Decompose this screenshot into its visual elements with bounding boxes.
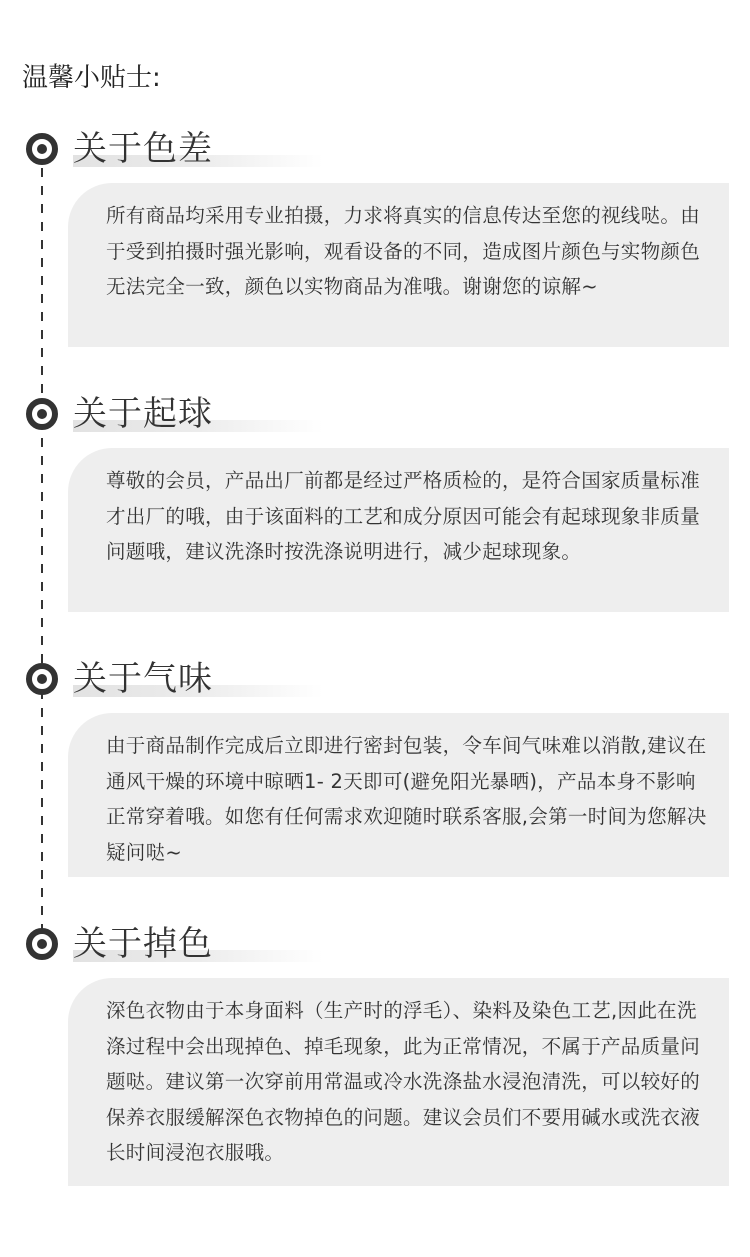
- tip-text: 深色衣物由于本身面料（生产时的浮毛）、染料及染色工艺,因此在洗涤过程中会出现掉色…: [106, 993, 709, 1171]
- section-heading-wrap: 关于色差: [73, 127, 213, 171]
- tip-text: 由于商品制作完成后立即进行密封包装，令车间气味难以消散,建议在通风干燥的环境中晾…: [106, 728, 709, 870]
- tip-box: 深色衣物由于本身面料（生产时的浮毛）、染料及染色工艺,因此在洗涤过程中会出现掉色…: [68, 978, 729, 1186]
- section-heading-wrap: 关于气味: [73, 657, 213, 701]
- section-heading-wrap: 关于起球: [73, 392, 213, 436]
- tip-box: 由于商品制作完成后立即进行密封包装，令车间气味难以消散,建议在通风干燥的环境中晾…: [68, 713, 729, 877]
- target-ring-icon: [26, 928, 58, 960]
- target-ring-icon: [26, 133, 58, 165]
- target-ring-icon: [26, 663, 58, 695]
- page-title: 温馨小贴士:: [22, 62, 161, 94]
- tip-text: 所有商品均采用专业拍摄，力求将真实的信息传达至您的视线哒。由于受到拍摄时强光影响…: [106, 198, 709, 305]
- section-heading: 关于气味: [73, 657, 213, 701]
- timeline-dashed-line: [41, 150, 43, 930]
- tip-box: 尊敬的会员，产品出厂前都是经过严格质检的，是符合国家质量标准才出厂的哦，由于该面…: [68, 448, 729, 612]
- tip-text: 尊敬的会员，产品出厂前都是经过严格质检的，是符合国家质量标准才出厂的哦，由于该面…: [106, 463, 709, 570]
- tip-box: 所有商品均采用专业拍摄，力求将真实的信息传达至您的视线哒。由于受到拍摄时强光影响…: [68, 183, 729, 347]
- section-heading: 关于起球: [73, 392, 213, 436]
- target-ring-icon: [26, 398, 58, 430]
- section-heading: 关于色差: [73, 127, 213, 171]
- section-heading-wrap: 关于掉色: [73, 922, 213, 966]
- section-heading: 关于掉色: [73, 922, 213, 966]
